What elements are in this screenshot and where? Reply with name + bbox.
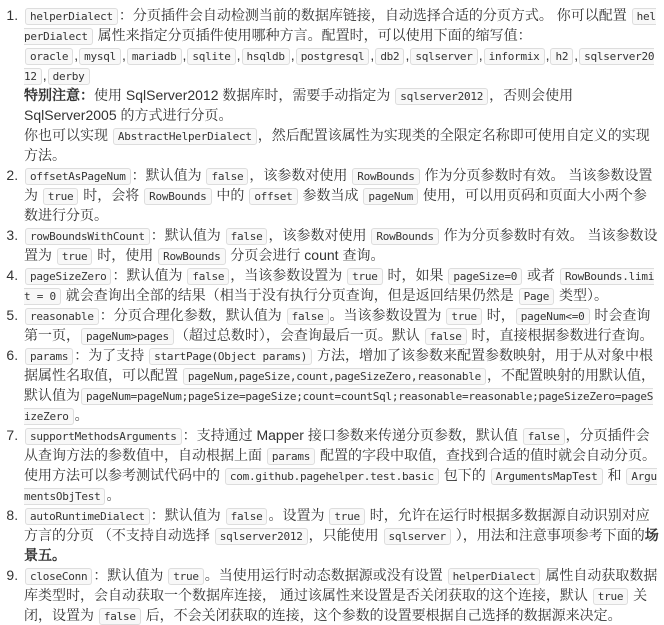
list-item: params：为了支持 startPage(Object params) 方法，…	[22, 345, 659, 425]
list-item: offsetAsPageNum：默认值为 false，该参数对使用 RowBou…	[22, 165, 659, 225]
text-run: ,	[574, 47, 578, 63]
text-run: ,	[291, 47, 295, 63]
inline-code: true	[446, 308, 482, 325]
document-body: helperDialect：分页插件会自动检测当前的数据库链接，自动选择合适的分…	[0, 0, 664, 625]
inline-code: pageNum<=0	[516, 308, 590, 325]
text-run: 后，不会关闭获取的连接，这个参数的设置要根据自己选择的数据源来决定。	[142, 607, 622, 623]
text-run: 分页会进行 count 查询。	[227, 247, 385, 263]
inline-code: false	[226, 228, 268, 245]
text-run: ：分页合理化参数，默认值为	[100, 307, 286, 323]
text-run: 类型）。	[555, 287, 608, 303]
text-run: 你也可以实现	[24, 127, 112, 143]
text-run: 。当该参数设置为	[330, 307, 446, 323]
text-run: 时，直接根据参数进行查询。	[468, 327, 654, 343]
inline-code: pageNum	[363, 188, 418, 205]
inline-code: reasonable	[25, 308, 99, 325]
inline-code: AbstractHelperDialect	[113, 128, 257, 145]
text-run: ，当该参数设置为	[230, 267, 346, 283]
inline-code: false	[226, 508, 268, 525]
inline-code: pageNum,pageSize,count,pageSizeZero,reas…	[183, 368, 486, 385]
text-run: ,	[370, 47, 374, 63]
inline-code: oracle	[25, 48, 73, 65]
text-run: ：默认值为	[151, 507, 225, 523]
text-run: ,	[405, 47, 409, 63]
text-run: 使用 SqlServer2012 数据库时，需要手动指定为	[94, 87, 394, 103]
list-item: rowBoundsWithCount：默认值为 false，该参数对使用 Row…	[22, 225, 659, 265]
inline-code: hsqldb	[242, 48, 290, 65]
text-run: ：默认值为	[132, 167, 206, 183]
inline-code: sqlserver	[410, 48, 477, 65]
text-run: 和	[604, 467, 626, 483]
text-run: 时，如果	[384, 267, 448, 283]
text-run: ：默认值为	[93, 567, 167, 583]
list-item: autoRuntimeDialect：默认值为 false。设置为 true 时…	[22, 505, 659, 565]
inline-code: RowBounds	[352, 168, 419, 185]
list-item: helperDialect：分页插件会自动检测当前的数据库链接，自动选择合适的分…	[22, 5, 659, 165]
inline-code: helperDialect	[448, 568, 541, 585]
inline-code: startPage(Object params)	[149, 348, 312, 365]
inline-code: offset	[249, 188, 297, 205]
text-run: ,	[43, 67, 47, 83]
inline-code: com.github.pagehelper.test.basic	[225, 468, 439, 485]
inline-code: supportMethodsArguments	[25, 428, 182, 445]
text-run: 。	[106, 487, 120, 503]
parameter-list: helperDialect：分页插件会自动检测当前的数据库链接，自动选择合适的分…	[0, 0, 664, 625]
bold-text: 特别注意：	[24, 87, 94, 103]
text-run: 时，会将	[79, 187, 143, 203]
text-run: ,	[546, 47, 550, 63]
inline-code: derby	[48, 68, 90, 85]
inline-code: false	[206, 168, 248, 185]
inline-code: db2	[375, 48, 404, 65]
list-item: reasonable：分页合理化参数，默认值为 false。当该参数设置为 tr…	[22, 305, 659, 345]
inline-code: pageSize=0	[448, 268, 522, 285]
text-run: （超过总数时），会查询最后一页。默认	[175, 327, 424, 343]
text-run: ，只能使用	[309, 527, 383, 543]
text-run: 参数当成	[299, 187, 363, 203]
inline-code: pageNum=pageNum;pageSize=pageSize;count=…	[24, 388, 653, 425]
inline-code: true	[57, 248, 93, 265]
list-item: supportMethodsArguments：支持通过 Mapper 接口参数…	[22, 425, 659, 505]
inline-code: sqlite	[187, 48, 235, 65]
inline-code: true	[43, 188, 79, 205]
inline-code: params	[267, 448, 315, 465]
inline-code: rowBoundsWithCount	[25, 228, 150, 245]
text-run: ，该参数对使用	[268, 227, 370, 243]
text-run: 。设置为	[268, 507, 328, 523]
text-run: ,	[74, 47, 78, 63]
inline-code: RowBounds	[371, 228, 438, 245]
text-run: 属性来指定分页插件使用哪种方言。配置时，可以使用下面的缩写值：	[94, 27, 532, 43]
inline-code: params	[25, 348, 73, 365]
inline-code: sqlserver2012	[215, 528, 308, 545]
text-run: 。	[75, 407, 89, 423]
inline-code: postgresql	[296, 48, 370, 65]
inline-code: informix	[484, 48, 545, 65]
inline-code: sqlserver2012	[395, 88, 488, 105]
inline-code: closeConn	[25, 568, 92, 585]
text-run: ：默认值为	[112, 267, 186, 283]
text-run: 时，	[483, 307, 515, 323]
text-run: ,	[237, 47, 241, 63]
text-run: ,	[183, 47, 187, 63]
inline-code: true	[329, 508, 365, 525]
inline-code: pageSizeZero	[25, 268, 111, 285]
inline-code: mysql	[79, 48, 121, 65]
inline-code: helperDialect	[25, 8, 118, 25]
inline-code: false	[287, 308, 329, 325]
text-run: 中的	[213, 187, 249, 203]
inline-code: false	[523, 428, 565, 445]
text-run: 就会查询出全部的结果（相当于没有执行分页查询，但是返回结果仍然是	[62, 287, 518, 303]
inline-code: false	[99, 608, 141, 625]
inline-code: autoRuntimeDialect	[25, 508, 150, 525]
inline-code: mariadb	[127, 48, 182, 65]
text-run: 时，使用	[93, 247, 157, 263]
text-run: ,	[122, 47, 126, 63]
text-run: ：默认值为	[151, 227, 225, 243]
text-run: ：为了支持	[74, 347, 148, 363]
text-run: ：支持通过 Mapper 接口参数来传递分页参数，默认值	[183, 427, 522, 443]
list-item: closeConn：默认值为 true。当使用运行时动态数据源或没有设置 hel…	[22, 565, 659, 625]
inline-code: true	[593, 588, 629, 605]
inline-code: false	[187, 268, 229, 285]
inline-code: RowBounds	[158, 248, 225, 265]
inline-code: RowBounds	[144, 188, 211, 205]
inline-code: false	[425, 328, 467, 345]
inline-code: true	[347, 268, 383, 285]
text-run: ：分页插件会自动检测当前的数据库链接，自动选择合适的分页方式。 你可以配置	[119, 7, 631, 23]
text-run: 。当使用运行时动态数据源或没有设置	[205, 567, 447, 583]
inline-code: true	[168, 568, 204, 585]
text-run: ,	[479, 47, 483, 63]
text-run: ），用法和注意事项参考下面的	[452, 527, 645, 543]
text-run: ，该参数对使用	[249, 167, 351, 183]
text-run: 包下的	[440, 467, 490, 483]
inline-code: Page	[519, 288, 555, 305]
inline-code: offsetAsPageNum	[25, 168, 131, 185]
inline-code: h2	[550, 48, 573, 65]
text-run: 或者	[523, 267, 559, 283]
inline-code: sqlserver	[384, 528, 451, 545]
document-page: { "colors": { "page_background": "#fffff…	[0, 0, 664, 625]
inline-code: ArgumentsMapTest	[491, 468, 603, 485]
inline-code: pageNum>pages	[81, 328, 174, 345]
list-item: pageSizeZero：默认值为 false，当该参数设置为 true 时，如…	[22, 265, 659, 305]
